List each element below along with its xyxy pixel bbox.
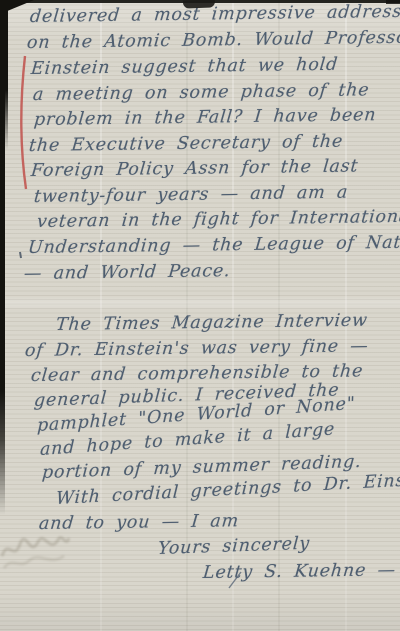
- scan-edge-shadow: [183, 0, 215, 9]
- handwritten-line: Foreign Policy Assn for the last: [30, 156, 359, 181]
- handwritten-line: a meeting on some phase of the: [32, 80, 370, 105]
- handwritten-line: — and World Peace.: [23, 261, 231, 284]
- scan-edge-left: [0, 0, 5, 520]
- handwritten-line: twenty-four years — and am a: [33, 183, 349, 207]
- handwritten-line: delivered a most impressive address: [29, 2, 400, 27]
- handwritten-line: The Times Magazine Interview: [55, 311, 369, 335]
- handwritten-line: the Executive Secretary of the: [28, 132, 344, 156]
- signature: Letty S. Kuehne —: [202, 560, 397, 583]
- handwritten-line: of Dr. Einstein's was very fine —: [24, 336, 369, 361]
- handwritten-line: on the Atomic Bomb. Would Professor: [26, 28, 400, 53]
- bleed-through-mark: [0, 518, 70, 578]
- handwritten-line: problem in the Fall? I have been: [33, 105, 377, 130]
- horizontal-fold-crease: [0, 296, 400, 310]
- closing-salutation: Yours sincerely: [157, 534, 310, 559]
- handwritten-line: veteran in the fight for International: [36, 207, 400, 232]
- letter-scan-page: delivered a most impressive address on t…: [0, 0, 400, 631]
- handwritten-line: Einstein suggest that we hold: [30, 55, 339, 79]
- scan-edge-corner: [386, 0, 400, 4]
- handwritten-line: Understanding — the League of Nations: [27, 232, 400, 258]
- red-margin-line: [21, 56, 26, 189]
- ink-tick: [20, 252, 21, 258]
